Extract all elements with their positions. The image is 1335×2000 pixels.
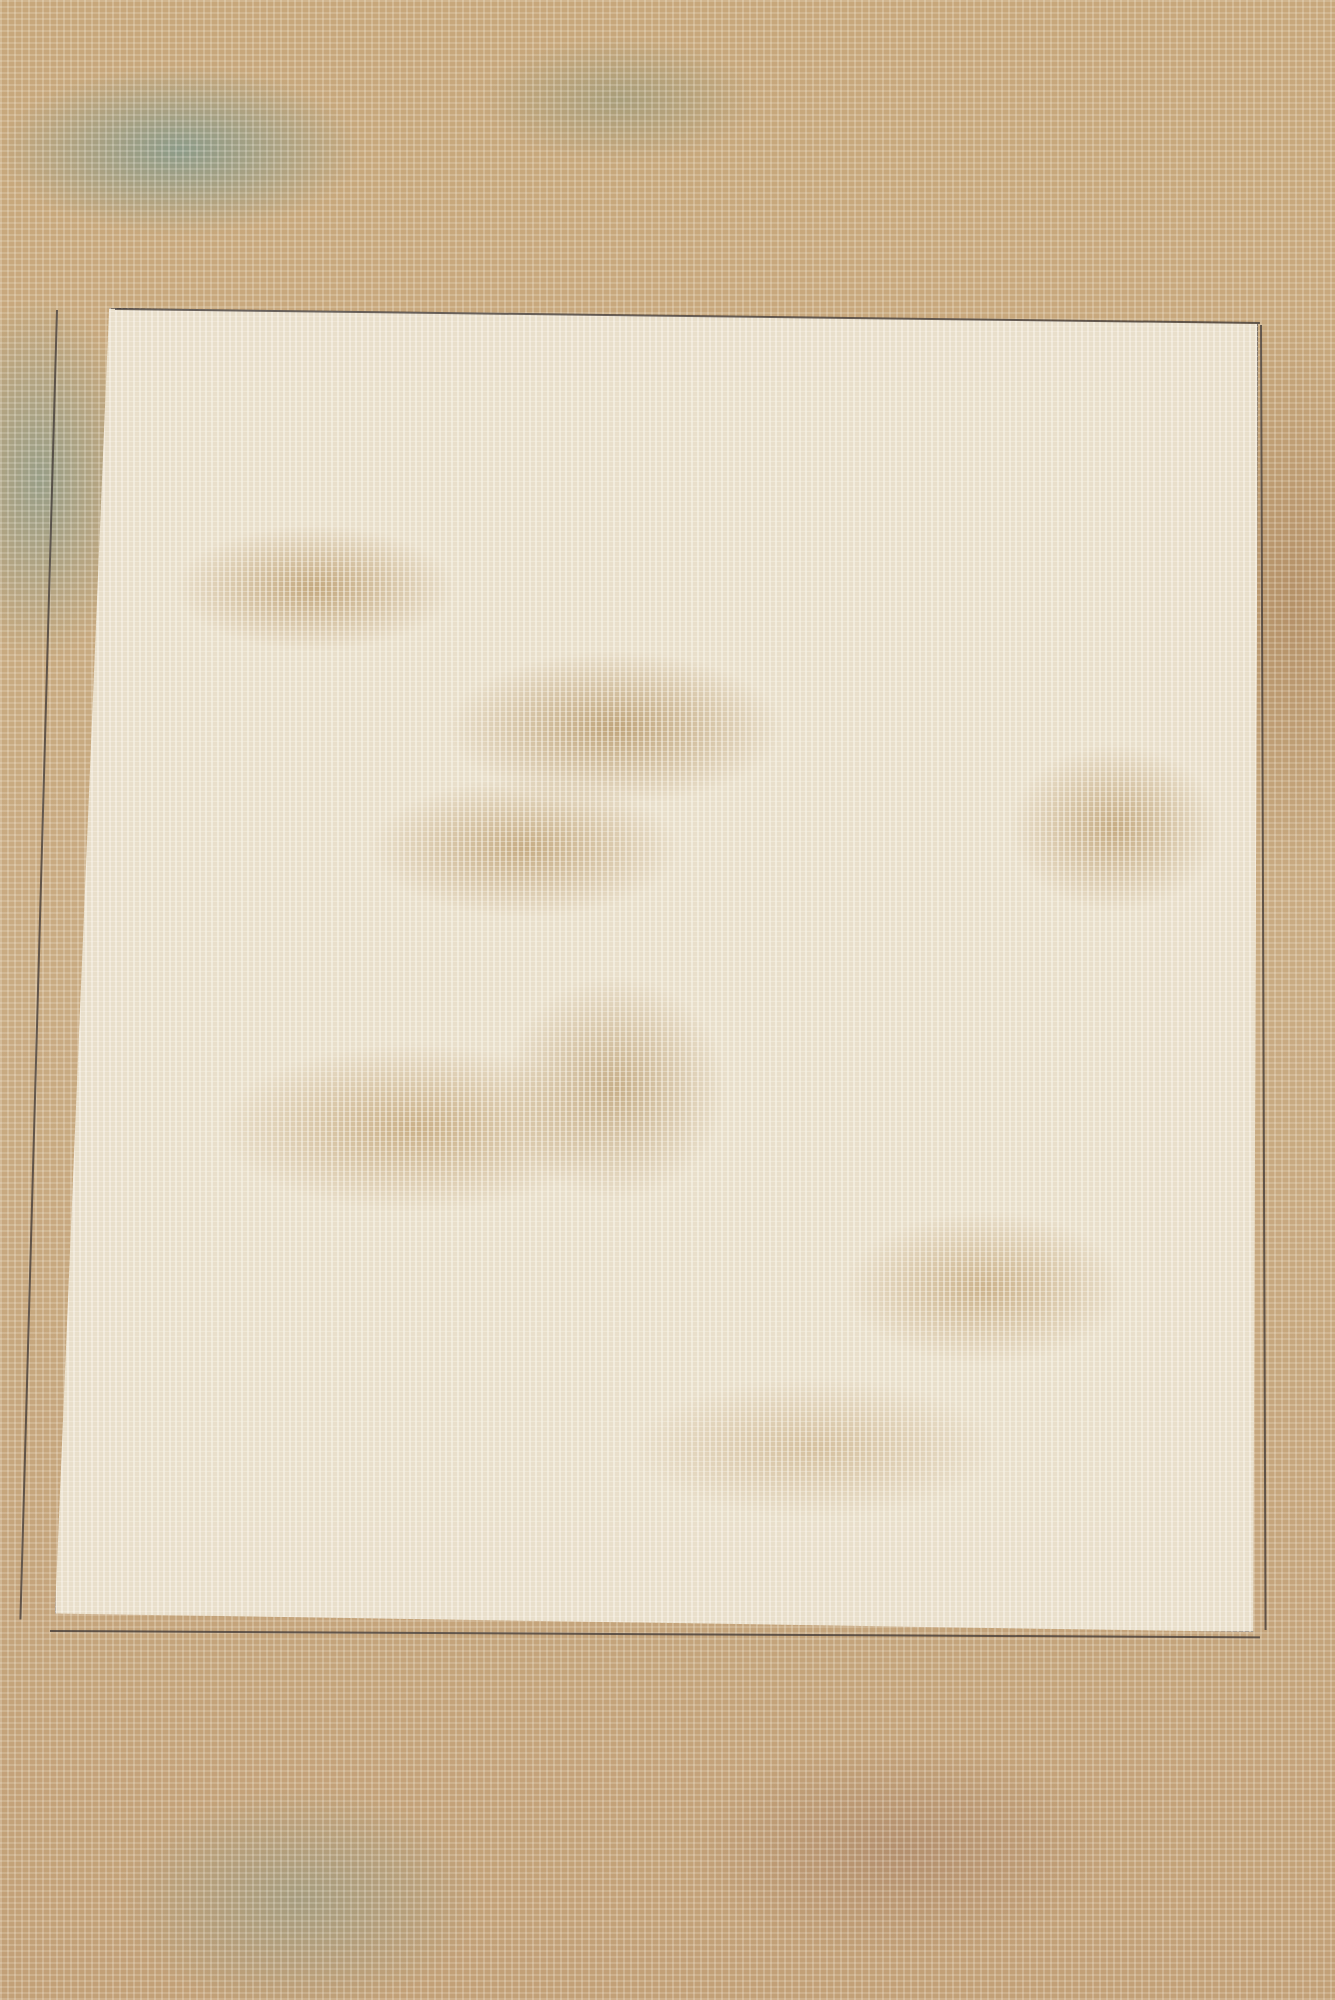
field-weave-texture (55, 308, 1258, 1632)
rug-center-field (55, 308, 1258, 1632)
rug-photo: Close-up photograph of a worn vintage ru… (0, 0, 1335, 2000)
